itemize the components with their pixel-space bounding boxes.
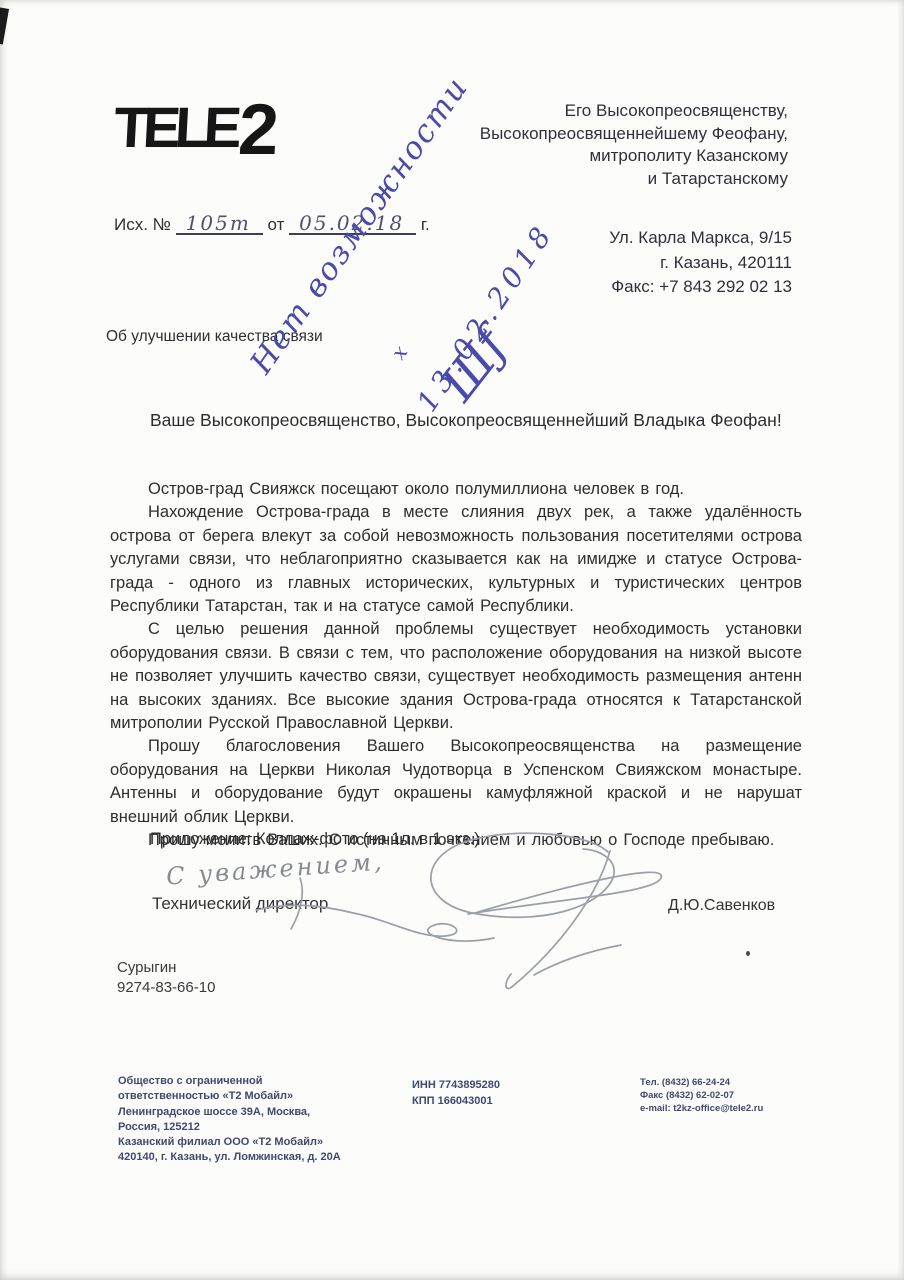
footer-company-block: Общество с ограниченной ответственностью…	[118, 1074, 341, 1166]
sender-line: Факс: +7 843 292 02 13	[609, 275, 792, 300]
paragraph: Остров-град Свияжск посещают около полум…	[110, 478, 802, 501]
executor-phone: 9274-83-66-10	[117, 978, 215, 998]
recipient-line: Высокопреосвященнейшему Феофану,	[480, 123, 788, 146]
paragraph: Прошу благословения Вашего Высокопреосвя…	[110, 735, 802, 829]
footer-company-line: Общество с ограниченной	[118, 1074, 341, 1089]
recipient-line: Его Высокопреосвященству,	[480, 100, 788, 123]
logo-text-tele: TELE	[112, 96, 237, 160]
footer-tax-block: ИНН 7743895280 КПП 166043001	[412, 1077, 500, 1109]
footer-kpp: КПП 166043001	[412, 1093, 500, 1109]
executor-name: Сурыгин	[117, 958, 215, 978]
paragraph: С целью решения данной проблемы существу…	[110, 618, 802, 735]
footer-company-line: Казанский филиал ООО «Т2 Мобайл»	[118, 1135, 341, 1150]
salutation: Ваше Высокопреосвященство, Высокопреосвя…	[150, 410, 782, 431]
ref-year-suffix: г.	[421, 215, 430, 234]
scan-corner-artifact	[0, 7, 9, 44]
footer-contacts-block: Тел. (8432) 66-24-24 Факс (8432) 62-02-0…	[640, 1077, 763, 1115]
handwritten-regards: С уважением,	[165, 847, 385, 890]
sender-line: г. Казань, 420111	[609, 251, 792, 276]
ref-from-word: от	[268, 215, 285, 234]
executor-block: Сурыгин 9274-83-66-10	[117, 958, 215, 998]
letter-body: Остров-град Свияжск посещают около полум…	[110, 478, 802, 853]
footer-fax: Факс (8432) 62-02-07	[640, 1090, 763, 1103]
letter-page: TELE2 Его Высокопреосвященству, Высокопр…	[0, 0, 904, 1280]
recipient-line: митрополиту Казанскому	[480, 145, 788, 168]
handwritten-x-mark: х	[386, 341, 412, 364]
ref-prefix: Исх. №	[114, 215, 171, 234]
footer-company-line: Россия, 125212	[118, 1120, 341, 1135]
signer-name: Д.Ю.Савенков	[668, 897, 775, 915]
logo-text-two: 2	[237, 90, 281, 170]
footer-company-line: ответственностью «Т2 Мобайл»	[118, 1089, 341, 1104]
footer-email: e-mail: t2kz-office@tele2.ru	[640, 1103, 763, 1116]
footer-inn: ИНН 7743895280	[412, 1077, 500, 1093]
paragraph: Нахождение Острова-града в месте слияния…	[110, 501, 802, 618]
ref-number-handwritten: 105т	[176, 213, 263, 235]
footer-company-line: Ленинградское шоссе 39А, Москва,	[118, 1105, 341, 1120]
recipient-line: и Татарстанскому	[480, 168, 788, 191]
sender-line: Ул. Карла Маркса, 9/15	[609, 226, 792, 251]
signer-title: Технический директор	[152, 894, 328, 914]
recipient-block: Его Высокопреосвященству, Высокопреосвящ…	[480, 100, 788, 190]
tele2-logo: TELE2	[112, 94, 281, 166]
sender-address-block: Ул. Карла Маркса, 9/15 г. Казань, 420111…	[609, 226, 792, 300]
footer-phone: Тел. (8432) 66-24-24	[640, 1077, 763, 1090]
ink-dot-artifact	[746, 951, 750, 956]
attachment-line: Приложение: Коллаж-фото (на 1л. в 1.экз.…	[150, 830, 480, 849]
footer-company-line: 420140, г. Казань, ул. Ломжинская, д. 20…	[118, 1150, 341, 1165]
